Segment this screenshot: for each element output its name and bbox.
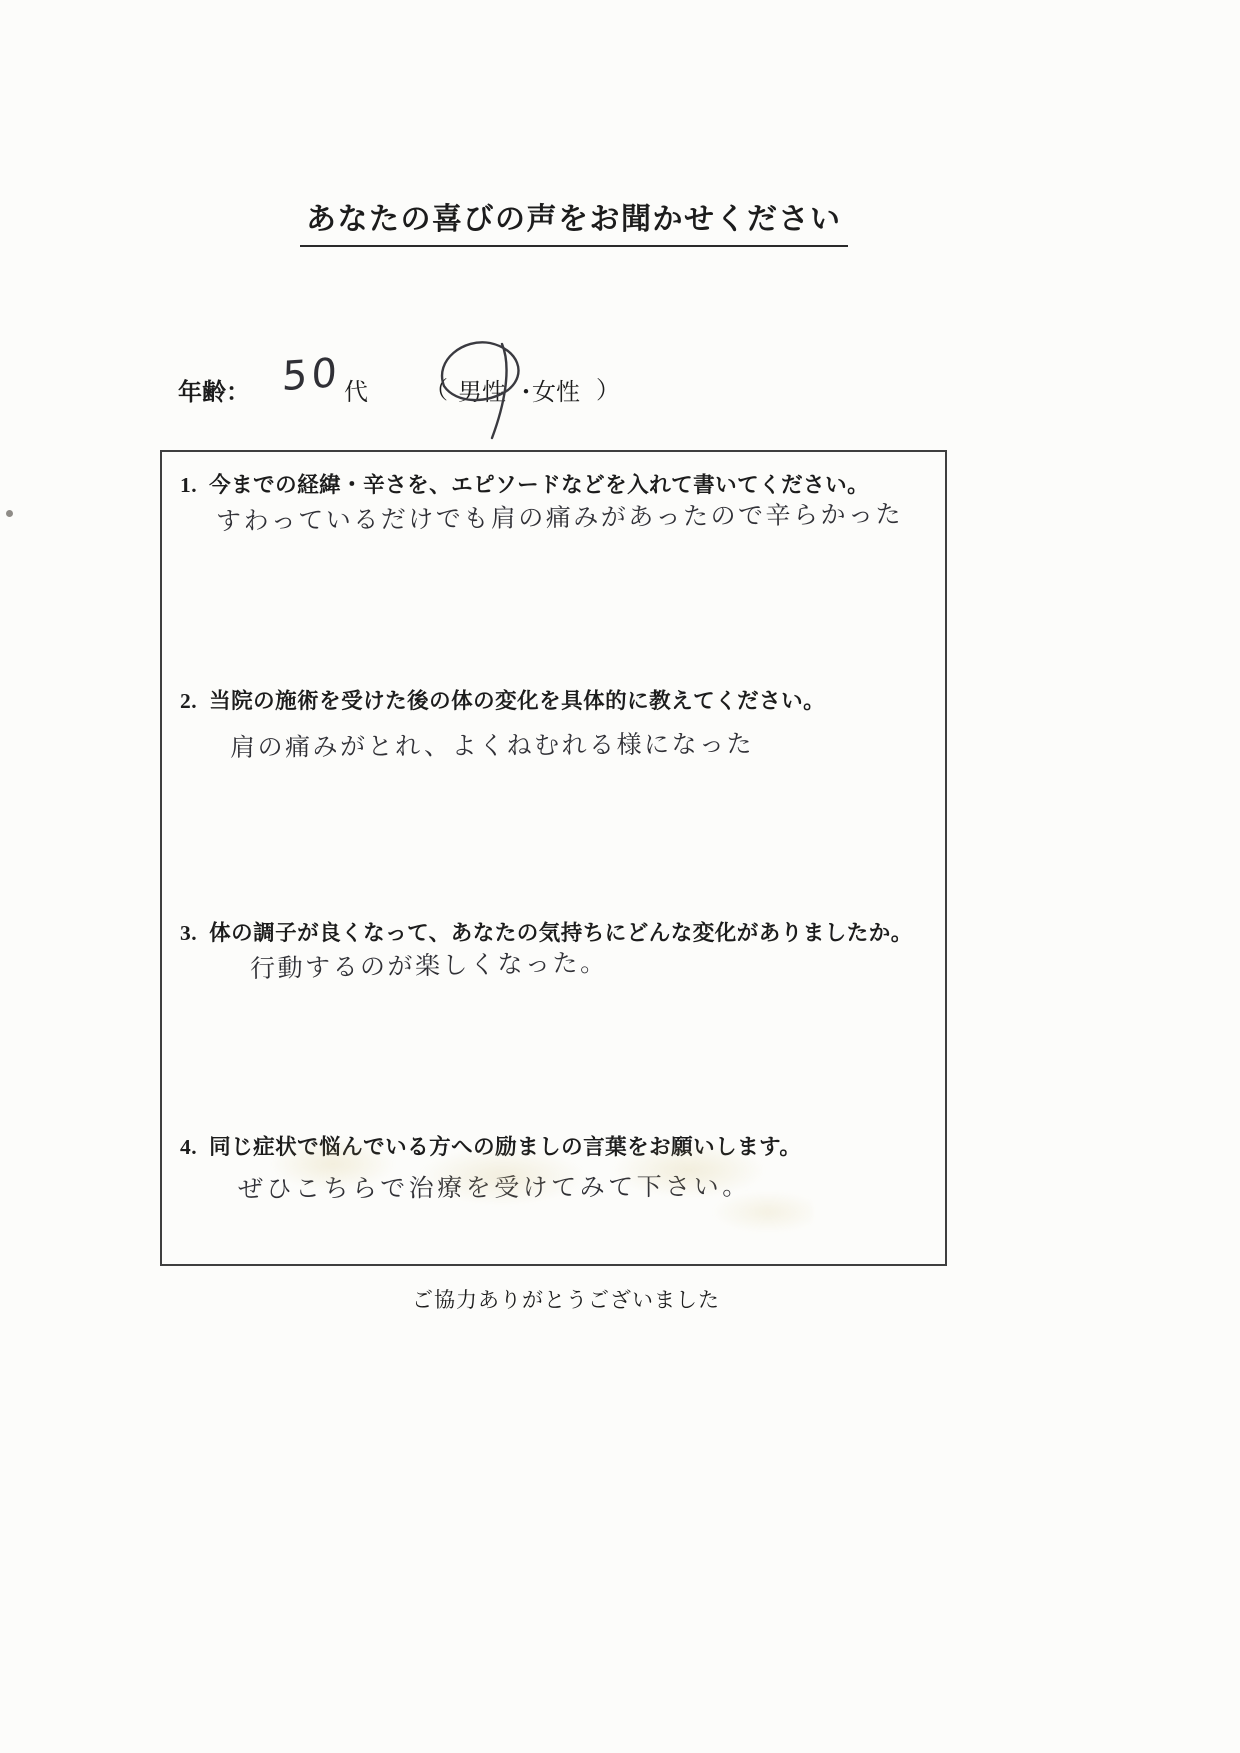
answer-2-handwritten: 肩の痛みがとれ、よくねむれる様になった	[230, 724, 754, 764]
question-3: 3.体の調子が良くなって、あなたの気持ちにどんな変化がありましたか。	[180, 916, 913, 947]
question-2-text: 当院の施術を受けた後の体の変化を具体的に教えてください。	[209, 689, 825, 713]
gender-option-female: 女性	[532, 372, 580, 407]
question-2-number: 2.	[180, 689, 197, 714]
ink-bleed-ghost-stamp	[248, 1122, 813, 1242]
page-title: あなたの喜びの声をお聞かせください	[300, 194, 848, 247]
handwritten-age-value: 50	[281, 350, 341, 400]
paren-close: ）	[596, 370, 620, 405]
footer-thanks: ご協力ありがとうございました	[412, 1284, 720, 1314]
age-suffix: 代	[344, 372, 368, 407]
question-3-text: 体の調子が良くなって、あなたの気持ちにどんな変化がありましたか。	[209, 921, 913, 945]
scan-speck	[6, 510, 13, 517]
question-1-number: 1.	[180, 473, 197, 498]
question-4-number: 4.	[180, 1135, 197, 1160]
question-2: 2.当院の施術を受けた後の体の変化を具体的に教えてください。	[180, 684, 825, 715]
age-label: 年齢：	[178, 372, 250, 407]
gender-option-male: 男性	[458, 372, 506, 407]
question-1: 1.今までの経緯・辛さを、エピソードなどを入れて書いてください。	[180, 468, 869, 499]
scanned-feedback-form: あなたの喜びの声をお聞かせください 年齢： 代 （ 男性 ・ 女性 ） 50 1…	[0, 0, 1240, 1753]
answer-1-handwritten: すわっているだけでも肩の痛みがあったので辛らかった	[216, 494, 903, 537]
paren-open: （	[424, 370, 448, 405]
answer-3-handwritten: 行動するのが楽しくなった。	[250, 943, 608, 985]
question-3-number: 3.	[180, 921, 197, 946]
question-1-text: 今までの経緯・辛さを、エピソードなどを入れて書いてください。	[209, 473, 869, 497]
